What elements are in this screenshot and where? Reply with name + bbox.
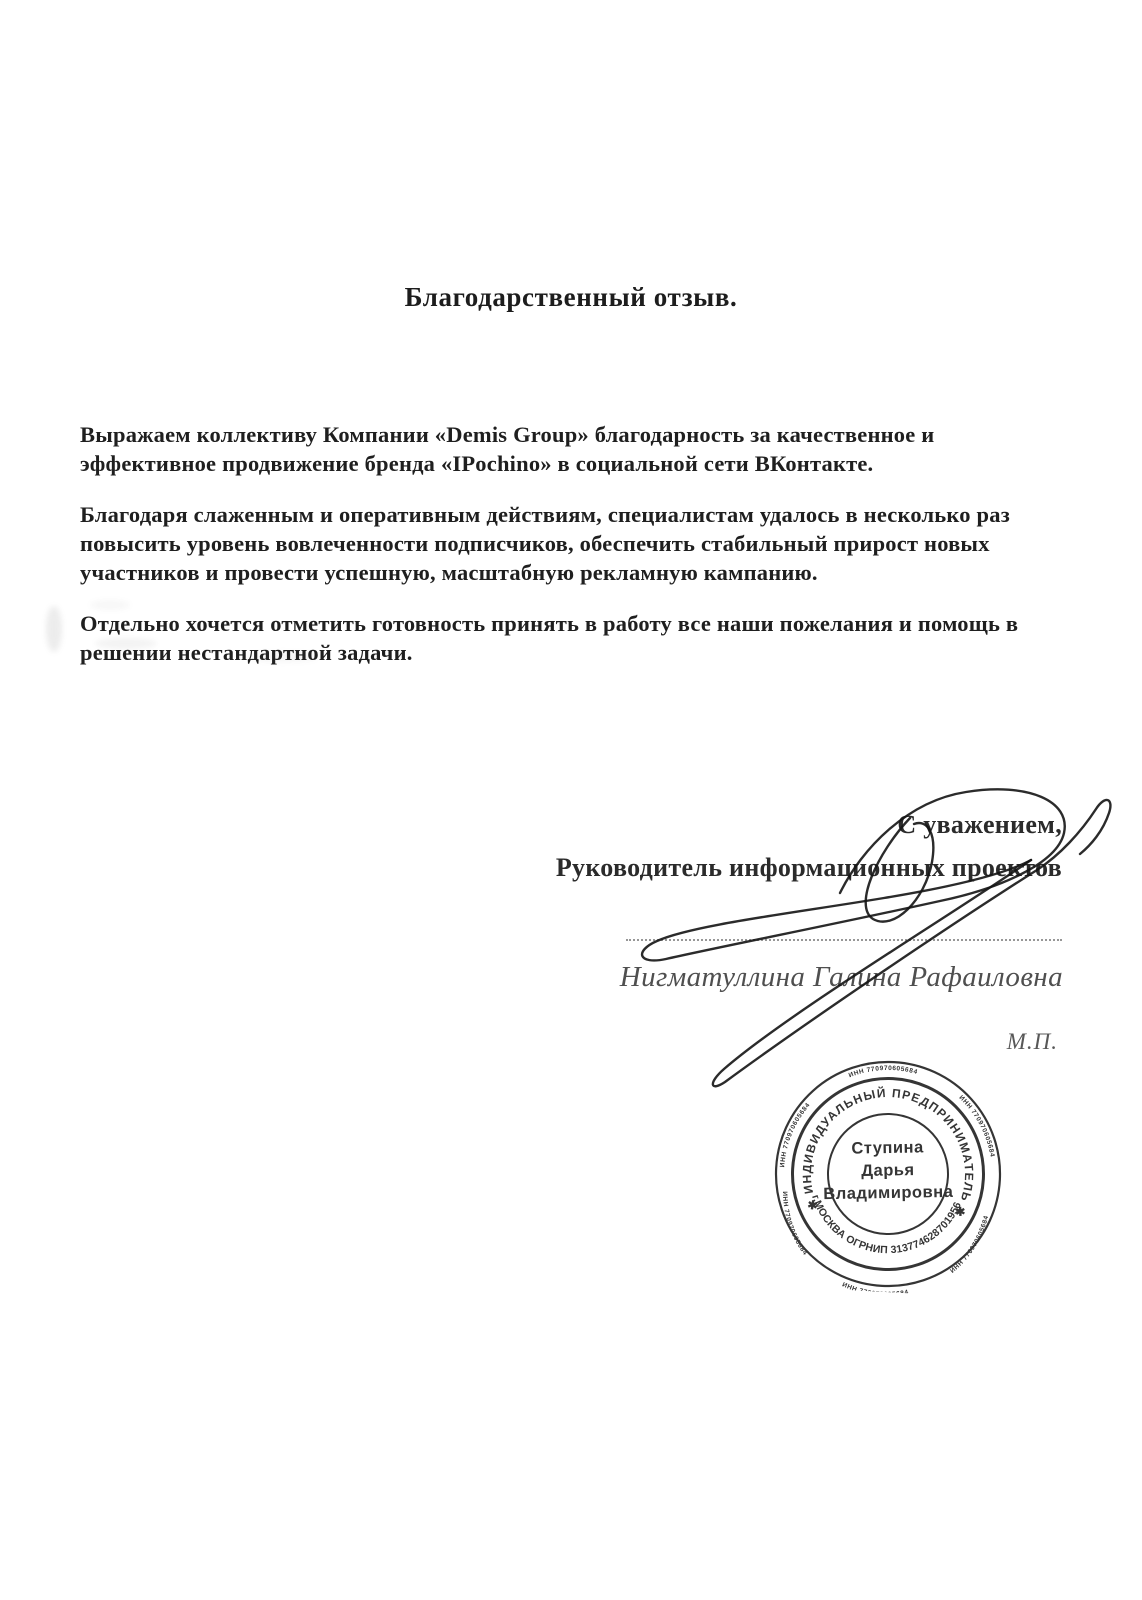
letter-page: Благодарственный отзыв. Выражаем коллект… [0, 0, 1142, 1600]
paragraph-line: Отдельно хочется отметить готовность при… [80, 609, 1080, 638]
paragraph-line: эффективное продвижение бренда «IPochino… [80, 449, 1080, 478]
paragraph-line: Благодаря слаженным и оперативным действ… [80, 500, 1080, 529]
paragraph-line: решении нестандартной задачи. [80, 638, 1080, 667]
signature-stroke [866, 818, 934, 922]
signature-stroke [713, 800, 1111, 1086]
signature-stroke [642, 789, 1065, 960]
letter-body: Выражаем коллективу Компании «Demis Grou… [80, 420, 1080, 689]
stamp-owner-line: Владимировна [823, 1183, 954, 1203]
round-stamp: ИНН 770970605684 ИНН 770970605684 ИНН 77… [764, 1050, 1012, 1298]
paragraph-line: участников и провести успешную, масштабн… [80, 558, 1080, 587]
letter-paragraph-3: Отдельно хочется отметить готовность при… [80, 609, 1080, 667]
letter-paragraph-2: Благодаря слаженным и оперативным действ… [80, 500, 1080, 587]
letter-paragraph-1: Выражаем коллективу Компании «Demis Grou… [80, 420, 1080, 478]
paragraph-line: повысить уровень вовлеченности подписчик… [80, 529, 1080, 558]
scan-smudge [46, 606, 62, 652]
stamp-owner-line: Ступина [851, 1138, 924, 1157]
letter-title: Благодарственный отзыв. [0, 281, 1142, 313]
paragraph-line: Выражаем коллективу Компании «Demis Grou… [80, 420, 1080, 449]
stamp-owner-line: Дарья [861, 1161, 915, 1180]
stamp-owner-name: Ступина Дарья Владимировна [822, 1138, 953, 1203]
